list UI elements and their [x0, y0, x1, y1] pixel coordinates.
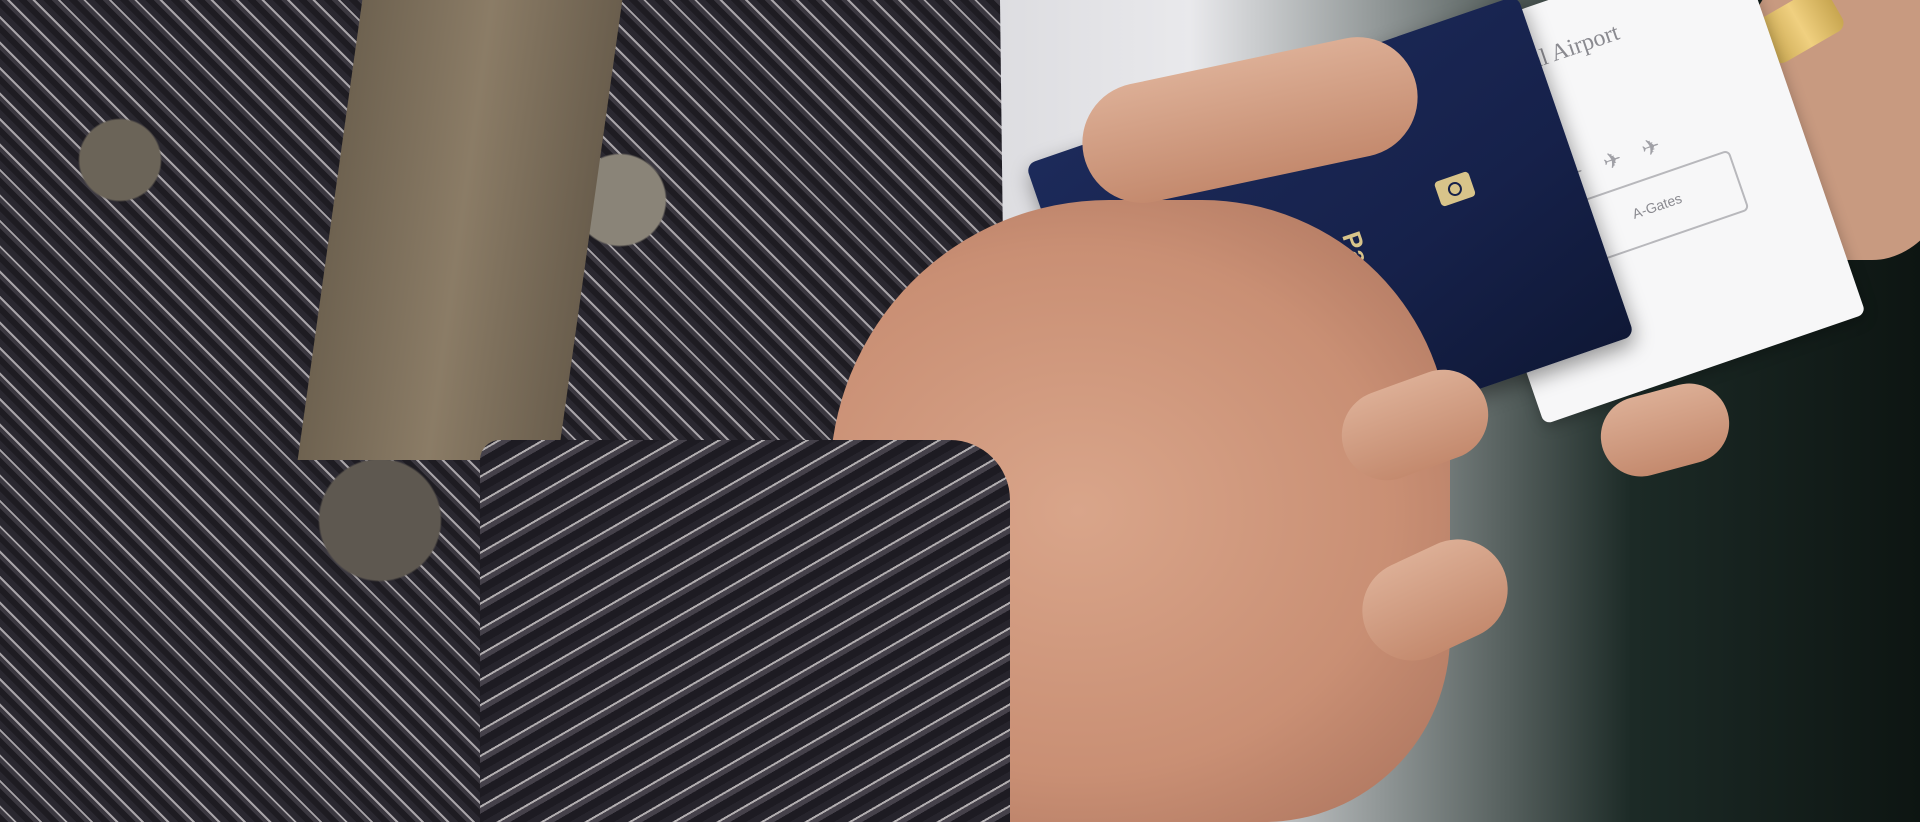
gate-map-label: A-Gates — [1630, 190, 1684, 222]
photo-scene: ternational Airport ✈ ✈ ✈ ✈ A-Gates Pass… — [0, 0, 1920, 822]
biometric-chip-icon — [1434, 171, 1477, 207]
shirt-sleeve — [480, 440, 1010, 822]
